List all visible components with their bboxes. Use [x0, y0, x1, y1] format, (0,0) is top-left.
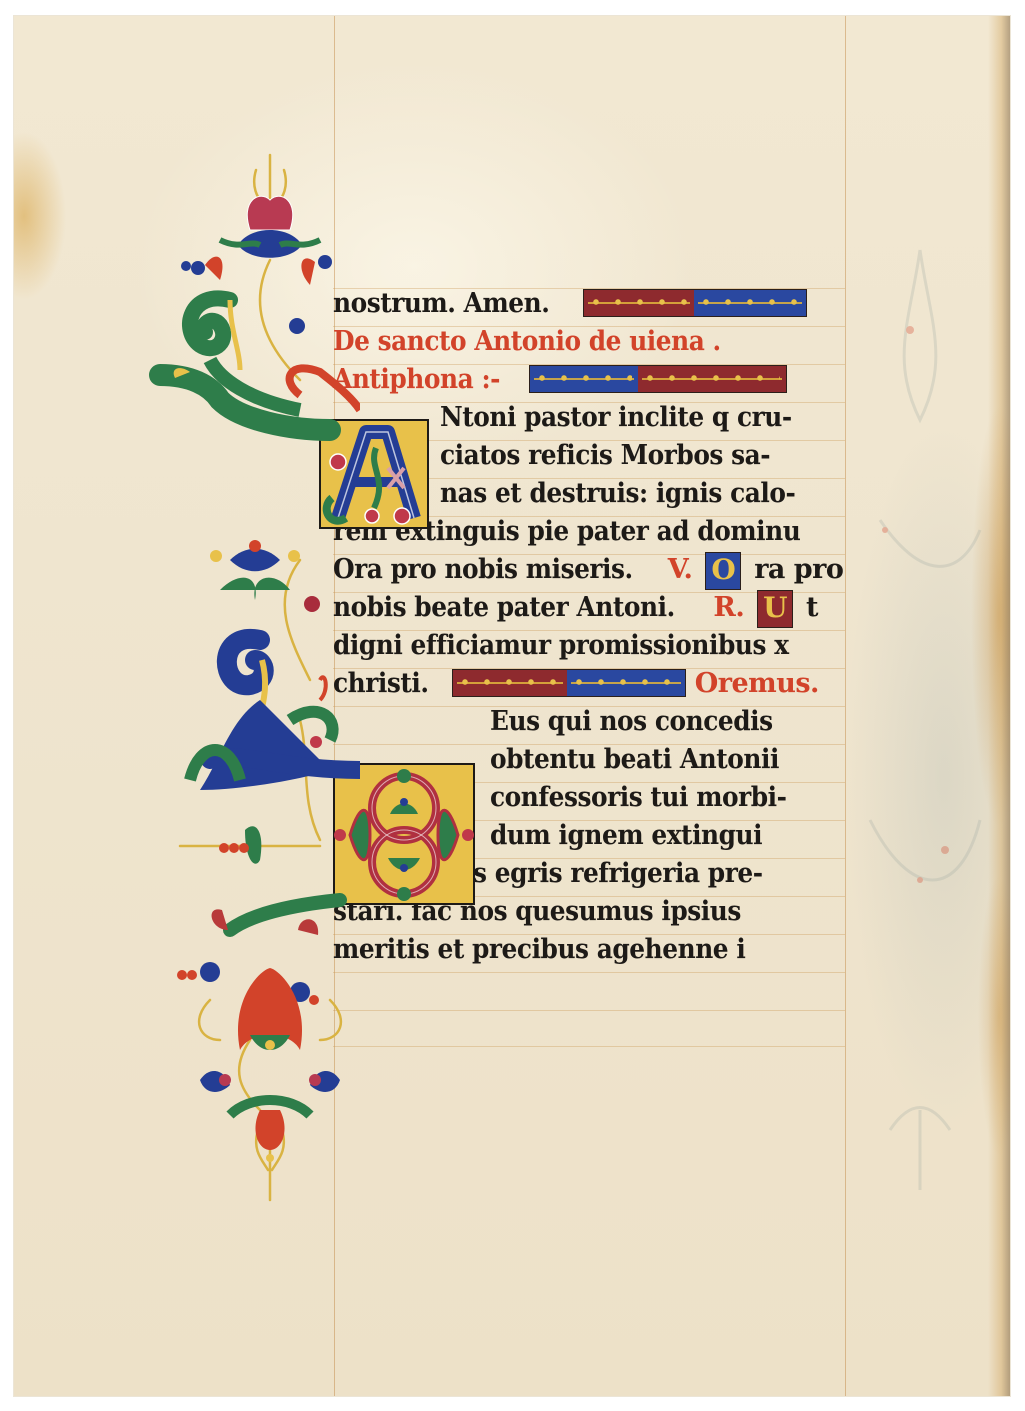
- line-text: Eus qui nos concedis: [490, 703, 773, 741]
- line-text: confessoris tui morbi-: [490, 779, 786, 817]
- text-line-11: christi. Oremus.: [333, 665, 845, 703]
- text-line-9: nobis beate pater Antoni. R. U t: [333, 589, 845, 627]
- text-line-4: Ntoni pastor inclite q cru-: [440, 399, 845, 437]
- line-text: Ntoni pastor inclite q cru-: [440, 399, 792, 437]
- text-line-8: Ora pro nobis miseris. V. O ra pro: [333, 551, 845, 589]
- line-text: dum ignem extingui: [490, 817, 762, 855]
- text-line-18: meritis et precibus agehenne i: [333, 931, 845, 969]
- line-text: nas et destruis: ignis calo-: [440, 475, 795, 513]
- line-text: nobis beate pater Antoni.: [333, 589, 675, 627]
- line-text: meritis et precibus agehenne i: [333, 931, 745, 969]
- rubric-text: De sancto Antonio de uiena .: [333, 323, 721, 361]
- text-line-12: Eus qui nos concedis: [490, 703, 845, 741]
- line-text: Ora pro nobis miseris.: [333, 551, 633, 589]
- line-text: ciatos reficis Morbos sa-: [440, 437, 770, 475]
- oremus-rubric: Oremus.: [695, 668, 819, 699]
- rubric-antiphona: Antiphona :-: [333, 361, 845, 399]
- text-line-1: nostrum. Amen.: [333, 285, 845, 323]
- versicle-mark: V.: [668, 554, 693, 585]
- text-line-14: confessoris tui morbi-: [490, 779, 845, 817]
- decorative-line-filler: [452, 669, 686, 697]
- text-line-13: obtentu beati Antonii: [490, 741, 845, 779]
- line-text: nostrum. Amen.: [333, 285, 549, 323]
- ruling-right: [845, 16, 846, 1396]
- text-line-5: ciatos reficis Morbos sa-: [440, 437, 845, 475]
- text-line-6: nas et destruis: ignis calo-: [440, 475, 845, 513]
- verso-show-through: [850, 200, 1000, 1200]
- decorative-line-filler: [529, 365, 787, 393]
- initial-o: O: [705, 552, 741, 590]
- text-line-10: digni efficiamur promissionibus x: [333, 627, 845, 665]
- line-text: digni efficiamur promissionibus x: [333, 627, 789, 665]
- initial-u: U: [757, 590, 793, 628]
- line-text: ra pro: [754, 551, 843, 589]
- rubric-heading: De sancto Antonio de uiena .: [333, 323, 845, 361]
- line-text: obtentu beati Antonii: [490, 741, 779, 779]
- decorative-line-filler: [583, 289, 807, 317]
- line-text: t: [806, 589, 818, 627]
- response-mark: R.: [713, 592, 744, 623]
- floral-border: [0, 0, 360, 1230]
- text-line-15: dum ignem extingui: [490, 817, 845, 855]
